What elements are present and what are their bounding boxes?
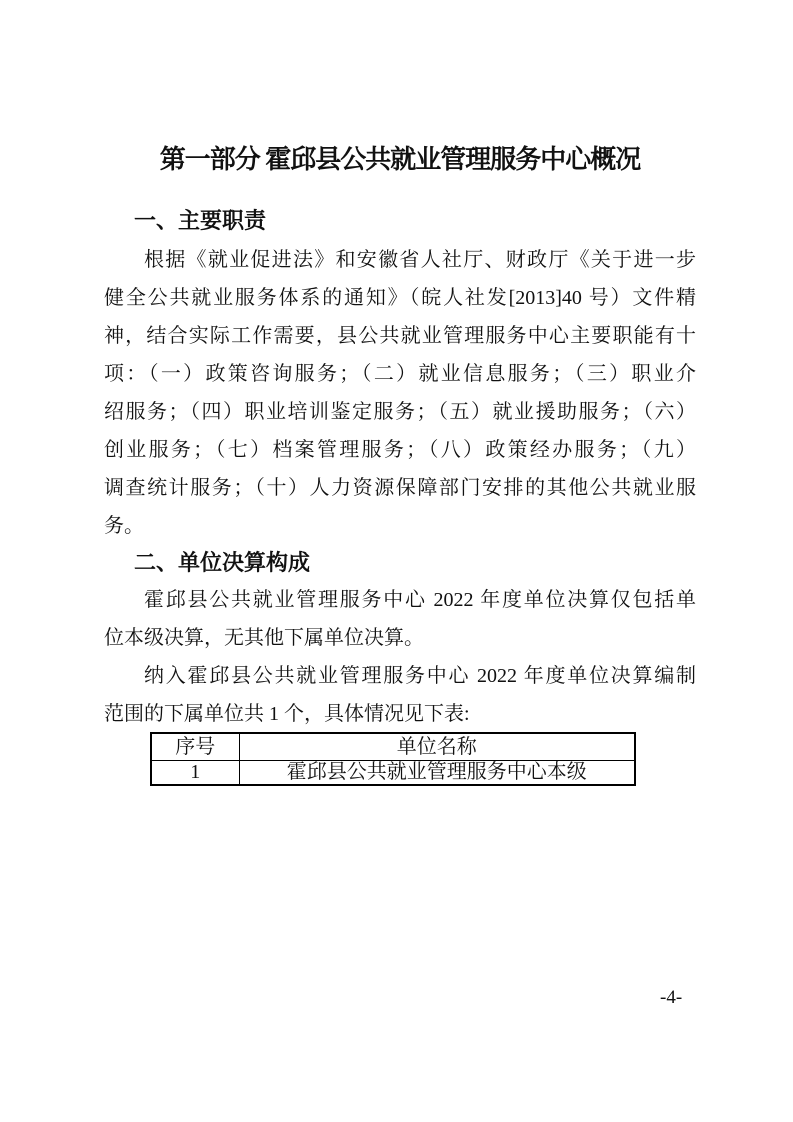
document-page: 第一部分 霍邱县公共就业管理服务中心概况 一、主要职责 根据《就业促进法》和安徽… xyxy=(0,0,793,1122)
table-header-row: 序号 单位名称 xyxy=(151,733,635,761)
table-cell-index: 1 xyxy=(151,761,239,786)
paragraph-line: 创业服务；（七）档案管理服务；（八）政策经办服务；（九） xyxy=(104,431,696,469)
paragraph-line: 纳入霍邱县公共就业管理服务中心 2022 年度单位决算编制 xyxy=(104,657,696,695)
page-number: -4- xyxy=(660,988,682,1008)
paragraph-line: 项：（一）政策咨询服务；（二）就业信息服务；（三）职业介 xyxy=(104,355,696,393)
paragraph-main-duties: 根据《就业促进法》和安徽省人社厅、财政厅《关于进一步 健全公共就业服务体系的通知… xyxy=(104,241,696,545)
paragraph-line: 绍服务；（四）职业培训鉴定服务；（五）就业援助服务；（六） xyxy=(104,393,696,431)
paragraph-included-units: 纳入霍邱县公共就业管理服务中心 2022 年度单位决算编制 范围的下属单位共 1… xyxy=(104,657,696,733)
paragraph-line: 神，结合实际工作需要，县公共就业管理服务中心主要职能有十 xyxy=(104,317,696,355)
paragraph-line: 务。 xyxy=(104,507,696,545)
units-table: 序号 单位名称 1 霍邱县公共就业管理服务中心本级 xyxy=(150,732,636,786)
paragraph-line: 位本级决算，无其他下属单位决算。 xyxy=(104,619,696,657)
table-cell-unit-name: 霍邱县公共就业管理服务中心本级 xyxy=(239,761,635,786)
paragraph-unit-composition: 霍邱县公共就业管理服务中心 2022 年度单位决算仅包括单 位本级决算，无其他下… xyxy=(104,581,696,657)
page-title: 第一部分 霍邱县公共就业管理服务中心概况 xyxy=(104,140,696,180)
paragraph-line: 根据《就业促进法》和安徽省人社厅、财政厅《关于进一步 xyxy=(104,241,696,279)
section-2-heading: 二、单位决算构成 xyxy=(104,545,696,581)
table-header-unit-name: 单位名称 xyxy=(239,733,635,761)
paragraph-line: 霍邱县公共就业管理服务中心 2022 年度单位决算仅包括单 xyxy=(104,581,696,619)
document-content: 第一部分 霍邱县公共就业管理服务中心概况 一、主要职责 根据《就业促进法》和安徽… xyxy=(104,0,696,786)
paragraph-line: 调查统计服务；（十）人力资源保障部门安排的其他公共就业服 xyxy=(104,469,696,507)
paragraph-line: 范围的下属单位共 1 个，具体情况见下表: xyxy=(104,695,696,733)
paragraph-line: 健全公共就业服务体系的通知》（皖人社发[2013]40 号）文件精 xyxy=(104,279,696,317)
section-1-heading: 一、主要职责 xyxy=(104,203,696,239)
table-header-index: 序号 xyxy=(151,733,239,761)
table-row: 1 霍邱县公共就业管理服务中心本级 xyxy=(151,761,635,786)
